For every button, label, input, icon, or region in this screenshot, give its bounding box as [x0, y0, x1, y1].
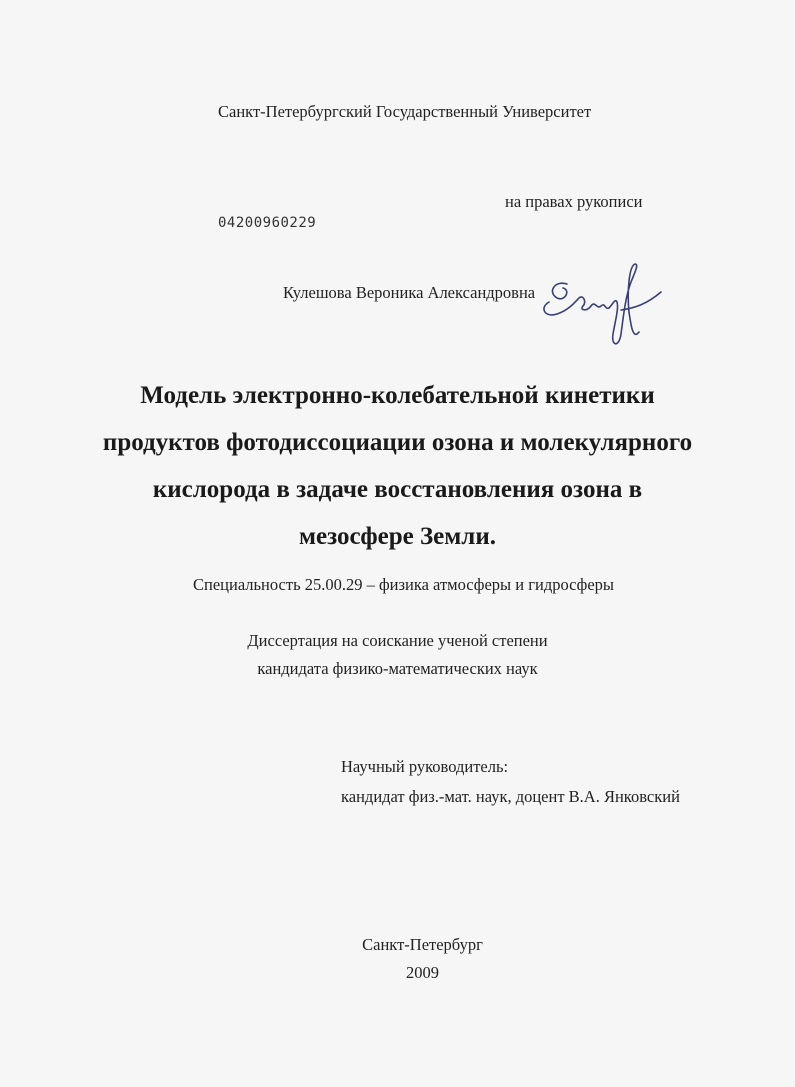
supervisor-name: кандидат физ.-мат. наук, доцент В.А. Янк… [341, 787, 680, 807]
rights-note: на правах рукописи [505, 192, 642, 212]
city: Санкт-Петербург [0, 935, 795, 955]
title-line: мезосфере Земли. [0, 513, 795, 560]
title-line: Модель электронно-колебательной кинетики [0, 372, 795, 419]
specialty: Специальность 25.00.29 – физика атмосфер… [193, 575, 614, 595]
title-line: кислорода в задаче восстановления озона … [0, 466, 795, 513]
year: 2009 [0, 963, 795, 983]
supervisor-label: Научный руководитель: [341, 757, 508, 777]
dissertation-title: Модель электронно-колебательной кинетики… [0, 372, 795, 560]
author-name: Кулешова Вероника Александровна [283, 283, 535, 303]
dissertation-degree-line2: кандидата физико-математических наук [0, 659, 795, 679]
document-page: Санкт-Петербургский Государственный Унив… [0, 0, 795, 1087]
dissertation-degree-line1: Диссертация на соискание ученой степени [0, 631, 795, 651]
signature-icon [535, 262, 665, 352]
university-name: Санкт-Петербургский Государственный Унив… [218, 102, 591, 122]
registration-code: 04200960229 [218, 215, 316, 231]
title-line: продуктов фотодиссоциации озона и молеку… [0, 419, 795, 466]
